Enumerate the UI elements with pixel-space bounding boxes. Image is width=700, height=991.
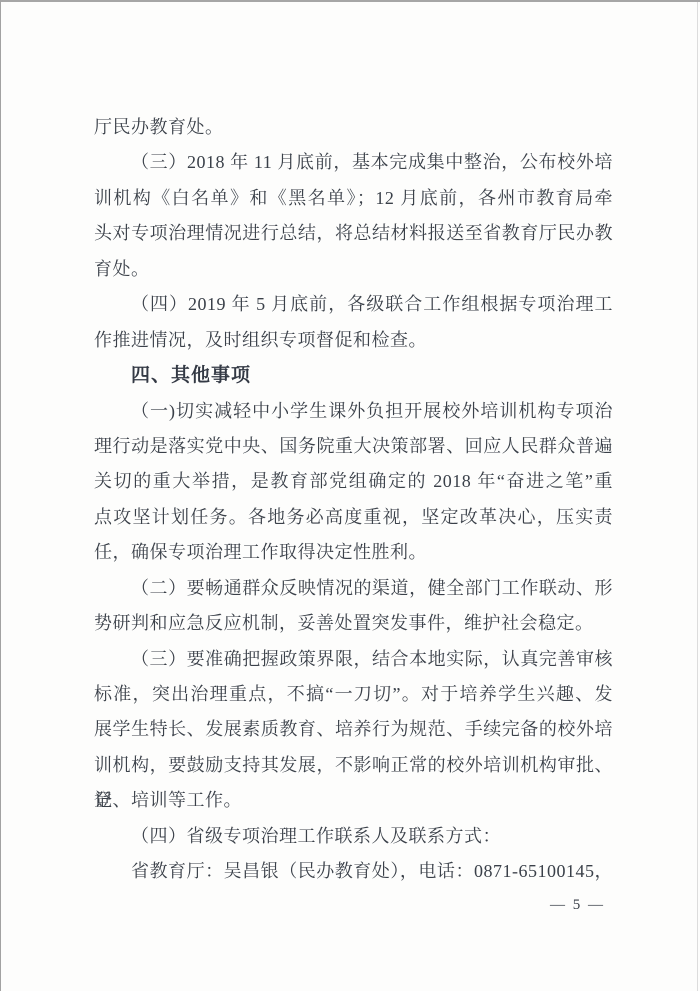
body-line: 任，确保专项治理工作取得决定性胜利。 [94, 535, 613, 570]
body-line: 厅民办教育处。 [94, 110, 613, 145]
section-heading: 四、其他事项 [94, 358, 613, 393]
body-line: 育处。 [94, 252, 613, 287]
body-line: 点攻坚计划任务。各地务必高度重视，坚定改革决心，压实责 [94, 500, 613, 535]
body-line: 势研判和应急反应机制，妥善处置突发事件，维护社会稳定。 [94, 606, 613, 641]
body-line: 头对专项治理情况进行总结，将总结材料报送至省教育厅民办教 [94, 216, 613, 251]
body-line: 训机构，要鼓励支持其发展，不影响正常的校外培训机构审批、登 [94, 748, 613, 783]
body-line: 记、培训等工作。 [94, 783, 613, 818]
body-line: 省教育厅：吴昌银（民办教育处），电话：0871-65100145， [94, 854, 613, 889]
document-page: 厅民办教育处。（三）2018 年 11 月底前，基本完成集中整治，公布校外培训机… [0, 0, 700, 991]
body-line: 作推进情况，及时组织专项督促和检查。 [94, 323, 613, 358]
body-line: （三）要准确把握政策界限，结合本地实际，认真完善审核 [94, 642, 613, 677]
body-line: 标准，突出治理重点，不搞“一刀切”。对于培养学生兴趣、发 [94, 677, 613, 712]
body-line: （二）要畅通群众反映情况的渠道，健全部门工作联动、形 [94, 571, 613, 606]
body-line: （四）2019 年 5 月底前，各级联合工作组根据专项治理工 [94, 287, 613, 322]
body-line: 理行动是落实党中央、国务院重大决策部署、回应人民群众普遍 [94, 429, 613, 464]
body-line: 关切的重大举措，是教育部党组确定的 2018 年“奋进之笔”重 [94, 464, 613, 499]
body-line: （一)切实减轻中小学生课外负担开展校外培训机构专项治 [94, 394, 613, 429]
body-line: （四）省级专项治理工作联系人及联系方式： [94, 819, 613, 854]
document-body: 厅民办教育处。（三）2018 年 11 月底前，基本完成集中整治，公布校外培训机… [94, 110, 613, 890]
body-line: 训机构《白名单》和《黑名单》；12 月底前，各州市教育局牵 [94, 181, 613, 216]
body-line: 展学生特长、发展素质教育、培养行为规范、手续完备的校外培 [94, 712, 613, 747]
body-line: （三）2018 年 11 月底前，基本完成集中整治，公布校外培 [94, 145, 613, 180]
page-right-edge [697, 2, 698, 991]
page-number: — 5 — [550, 897, 605, 914]
